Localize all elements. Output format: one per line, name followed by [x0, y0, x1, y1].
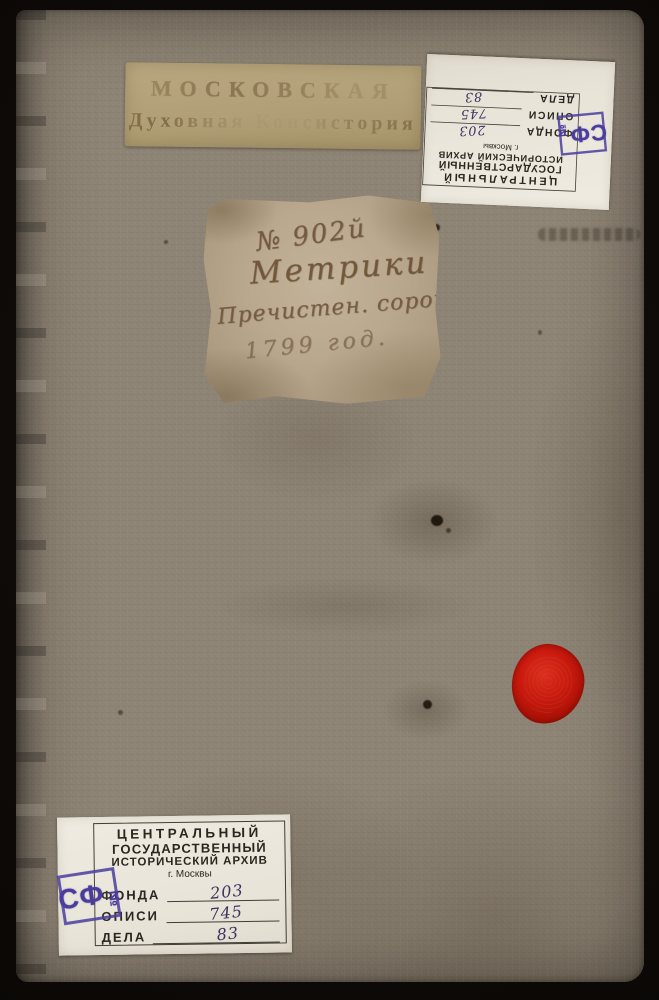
opis-number-handwritten: 745 — [209, 902, 244, 924]
archive-label-bottom: ЦЕНТРАЛЬНЫЙ ГОСУДАРСТВЕННЫЙ ИСТОРИЧЕСКИЙ… — [57, 814, 292, 955]
wax-seal — [507, 639, 589, 728]
book-cover: МОСКОВСКАЯ Духовная Консистория ЦЕНТРАЛЬ… — [16, 10, 644, 982]
stain-speck — [538, 330, 542, 335]
numero-icon: № — [106, 889, 124, 907]
consistory-label-line1: МОСКОВСКАЯ — [125, 75, 421, 105]
archive-org-line3: ИСТОРИЧЕСКИЙ АРХИВ — [101, 855, 279, 869]
opis-row: ОПИСИ 745 — [101, 901, 279, 924]
stain-speck — [164, 240, 168, 244]
delo-number-handwritten: 83 — [216, 923, 240, 944]
opis-number-handwritten: 745 — [460, 106, 487, 122]
delo-label: ДЕЛА — [538, 92, 574, 106]
fond-row: ФОНДА 203 — [101, 880, 279, 903]
delo-label: ДЕЛА — [102, 929, 147, 945]
sf-stamp-letters: СФ — [56, 878, 106, 917]
sf-stamp-letters: СФ — [569, 118, 608, 147]
title-label: № 902й Метрики Пречистен. сорока 1799 го… — [203, 195, 441, 405]
stain-speck — [423, 700, 432, 709]
archive-label-frame: ЦЕНТРАЛЬНЫЙ ГОСУДАРСТВЕННЫЙ ИСТОРИЧЕСКИЙ… — [422, 87, 580, 192]
delo-row: ДЕЛА 83 — [102, 922, 280, 945]
fond-number-handwritten: 203 — [209, 881, 244, 903]
archive-label-frame: ЦЕНТРАЛЬНЫЙ ГОСУДАРСТВЕННЫЙ ИСТОРИЧЕСКИЙ… — [93, 820, 287, 946]
archive-label-top: ЦЕНТРАЛЬНЫЙ ГОСУДАРСТВЕННЫЙ ИСТОРИЧЕСКИЙ… — [421, 54, 615, 210]
consistory-label-line2: Духовная Консистория — [125, 109, 421, 136]
sf-stamp: СФ № — [57, 867, 122, 925]
consistory-label: МОСКОВСКАЯ Духовная Консистория — [124, 62, 421, 150]
sf-stamp: СФ № — [557, 111, 607, 155]
title-year: 1799 год. — [244, 320, 442, 364]
stain-speck — [431, 515, 443, 526]
delo-number-handwritten: 83 — [464, 89, 483, 105]
numero-icon: № — [555, 124, 569, 138]
book-spine — [16, 10, 46, 982]
stain-streak — [538, 228, 640, 241]
stain-speck — [118, 710, 123, 715]
stain-speck — [446, 528, 451, 533]
fond-number-handwritten: 203 — [458, 123, 485, 139]
